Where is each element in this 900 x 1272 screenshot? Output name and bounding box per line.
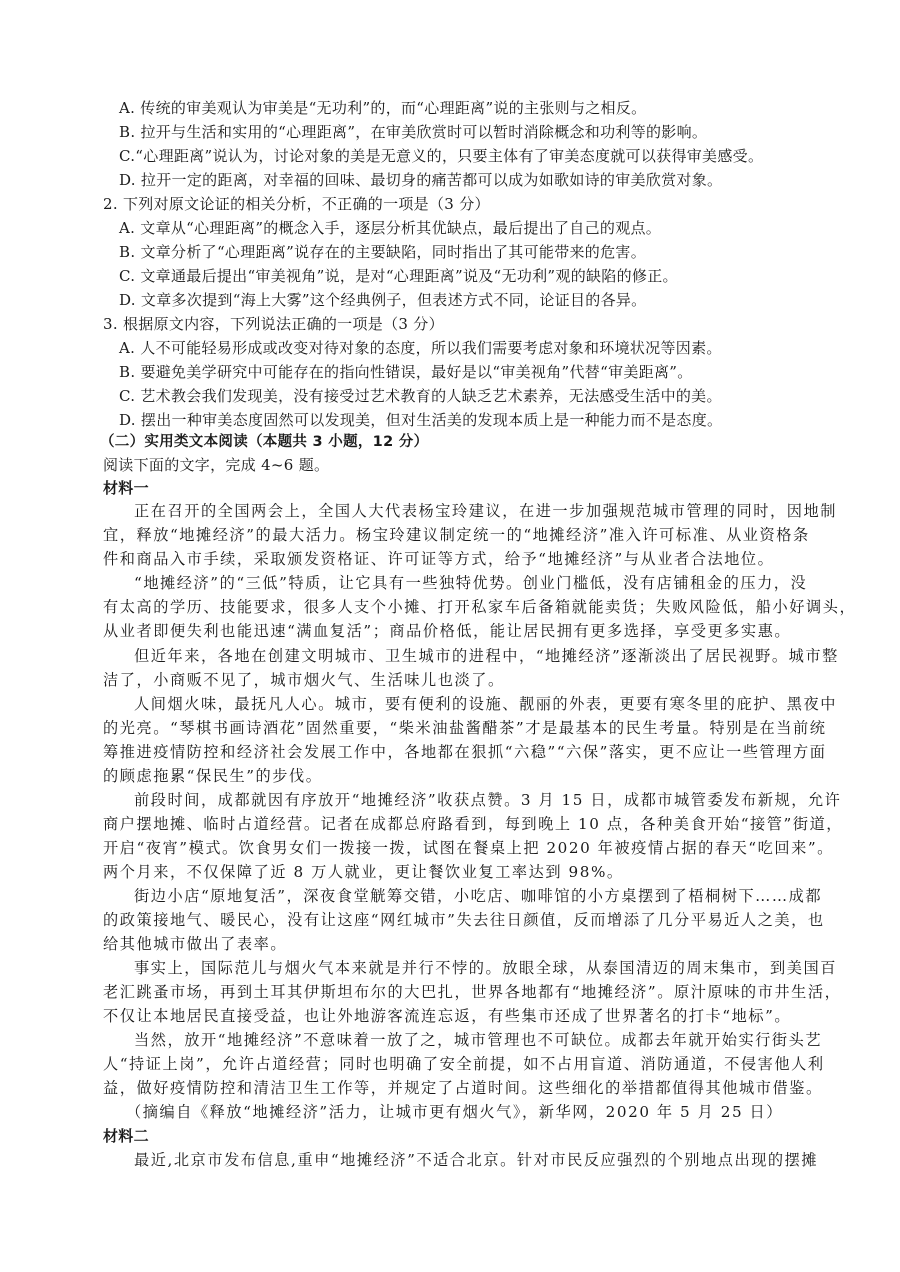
material-1-line: 的光亮。“琴棋书画诗酒花”固然重要，“柴米油盐酱醋茶”才是最基本的民生考量。特别… xyxy=(103,717,827,739)
material-1-line: 事实上，国际范儿与烟火气本来就是并行不悖的。放眼全球，从泰国清迈的周末集市，到美… xyxy=(134,957,837,979)
material-1-line: 有太高的学历、技能要求，很多人支个小摊、打开私家车后备箱就能卖货；失败风险低，船… xyxy=(103,596,856,618)
material-1-line: “地摊经济”的“三低”特质，让它具有一些独特优势。创业门槛低，没有店铺租金的压力… xyxy=(134,572,807,594)
material-1-line: 街边小店“原地复活”，深夜食堂觥筹交错，小吃店、咖啡馆的小方桌摆到了梧桐树下……… xyxy=(134,885,822,907)
q2-option-b: B. 文章分析了“心理距离”说存在的主要缺陷，同时指出了其可能带来的危害。 xyxy=(119,241,646,263)
exam-page: A. 传统的审美观认为审美是“无功利”的，而“心理距离”说的主张则与之相反。 B… xyxy=(0,0,900,1272)
q1-option-d: D. 拉开一定的距离，对幸福的回味、最切身的痛苦都可以成为如歌如诗的审美欣赏对象… xyxy=(119,169,722,191)
q1-option-b: B. 拉开与生活和实用的“心理距离”，在审美欣赏时可以暂时消除概念和功利等的影响… xyxy=(119,121,707,143)
material-1-line: 但近年来，各地在创建文明城市、卫生城市的进程中，“地摊经济”逐渐淡出了居民视野。… xyxy=(134,645,839,667)
q3-option-b: B. 要避免美学研究中可能存在的指向性错误，最好是以“审美视角”代替“审美距离”… xyxy=(119,361,693,383)
material-1-line: 件和商品入市手续，采取颁发资格证、许可证等方式，给予“地摊经济”与从业者合法地位… xyxy=(103,548,774,570)
material-1-source: （摘编自《释放“地摊经济”活力，让城市更有烟火气》，新华网，2020 年 5 月… xyxy=(126,1101,783,1123)
section-title: （二）实用类文本阅读（本题共 3 小题，12 分） xyxy=(100,431,428,453)
q1-option-c: C.“心理距离”说认为，讨论对象的美是无意义的，只要主体有了审美态度就可以获得审… xyxy=(119,145,763,167)
material-1-line: 筹推进疫情防控和经济社会发展工作中，各地都在狠抓“六稳”“六保”落实，更不应让一… xyxy=(103,741,827,763)
material-1-line: 两个月来，不仅保障了近 8 万人就业，更让餐饮业复工率达到 98%。 xyxy=(103,861,624,883)
material-2-line: 最近,北京市发布信息,重申“地摊经济”不适合北京。针对市民反应强烈的个别地点出现… xyxy=(134,1149,818,1171)
q3-stem: 3. 根据原文内容，下列说法正确的一项是（3 分） xyxy=(103,313,444,335)
material-1-line: 从业者即便失利也能迅速“满血复活”；商品价格低，能让居民拥有更多选择，享受更多实… xyxy=(103,620,791,642)
q2-option-c: C. 文章通最后提出“审美视角”说，是对“心理距离”说及“无功利”观的缺陷的修正… xyxy=(119,265,678,287)
material-1-line: 的顾虑拖累“保民生”的步伐。 xyxy=(103,765,322,787)
q2-stem: 2. 下列对原文论证的相关分析，不正确的一项是（3 分） xyxy=(103,193,490,215)
q3-option-a: A. 人不可能轻易形成或改变对待对象的态度，所以我们需要考虑对象和环境状况等因素… xyxy=(119,337,722,359)
material-1-line: 当然，放开“地摊经济”不意味着一放了之，城市管理也不可缺位。成都去年就开始实行街… xyxy=(134,1029,822,1051)
q2-option-a: A. 文章从“心理距离”的概念入手，逐层分析其优缺点，最后提出了自己的观点。 xyxy=(119,217,661,239)
material-1-line: 的政策接地气、暖民心，没有让这座“网红城市”失去往日颜值，反而增添了几分平易近人… xyxy=(103,909,825,931)
material-1-line: 不仅让本地居民直接受益，也让外地游客流连忘返，有些集市还成了世界著名的打卡“地标… xyxy=(103,1005,791,1027)
q3-option-d: D. 摆出一种审美态度固然可以发现美，但对生活美的发现本质上是一种能力而不是态度… xyxy=(119,409,722,431)
material-1-line: 商户摆地摊、临时占道经营。记者在成都总府路看到，每到晚上 10 点，各种美食开始… xyxy=(103,813,843,835)
material-1-line: 给其他城市做出了表率。 xyxy=(103,933,287,955)
q2-option-d: D. 文章多次提到“海上大雾”这个经典例子，但表述方式不同，论证目的各异。 xyxy=(119,289,646,311)
section-instruction: 阅读下面的文字，完成 4~6 题。 xyxy=(103,454,329,476)
material-1-line: 老汇跳蚤市场，再到土耳其伊斯坦布尔的大巴扎，世界各地都有“地摊经济”。原汁原味的… xyxy=(103,981,841,1003)
material-2-heading: 材料二 xyxy=(103,1125,149,1147)
material-1-line: 宜，释放“地摊经济”的最大活力。杨宝玲建议制定统一的“地摊经济”准入许可标准、从… xyxy=(103,524,810,546)
material-1-line: 前段时间，成都就因有序放开“地摊经济”收获点赞。3 月 15 日，成都市城管委发… xyxy=(134,789,841,811)
q3-option-c: C. 艺术教会我们发现美，没有接受过艺术教育的人缺乏艺术素养，无法感受生活中的美… xyxy=(119,385,722,407)
q1-option-a: A. 传统的审美观认为审美是“无功利”的，而“心理距离”说的主张则与之相反。 xyxy=(119,97,646,119)
material-1-line: 人间烟火味，最抚凡人心。城市，要有便利的设施、靓丽的外表，更要有寒冬里的庇护、黑… xyxy=(134,693,837,715)
material-1-line: 洁了，小商贩不见了，城市烟火气、生活味儿也淡了。 xyxy=(103,669,505,691)
material-1-line: 益，做好疫情防控和清洁卫生工作等，并规定了占道时间。这些细化的举措都值得其他城市… xyxy=(103,1077,823,1099)
material-1-line: 正在召开的全国两会上，全国人大代表杨宝玲建议，在进一步加强规范城市管理的同时，因… xyxy=(134,500,837,522)
material-1-line: 开启“夜宵”模式。饮食男女们一拨接一拨，试图在餐桌上把 2020 年被疫情占据的… xyxy=(103,837,834,859)
material-1-line: 人“持证上岗”，允许占道经营；同时也明确了安全前提，如不占用盲道、消防通道，不侵… xyxy=(103,1053,825,1075)
material-1-heading: 材料一 xyxy=(103,477,149,499)
